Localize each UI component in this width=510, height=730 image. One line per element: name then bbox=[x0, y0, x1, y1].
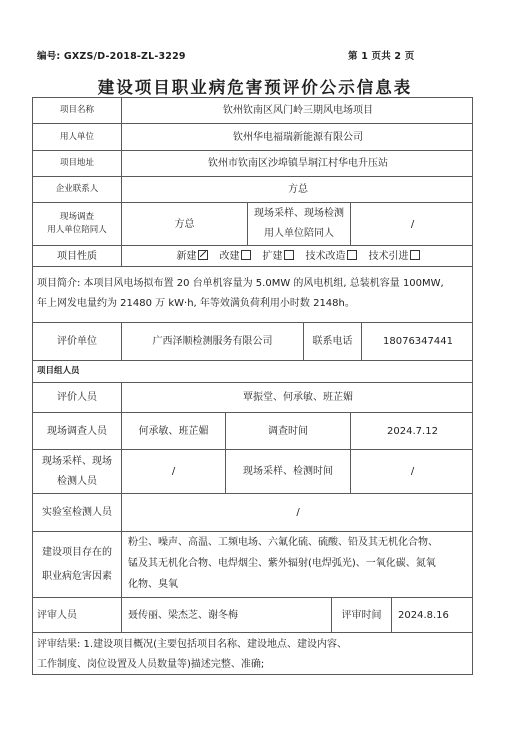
checkbox-icon[interactable] bbox=[410, 250, 420, 260]
label-review-time: 评审时间 bbox=[332, 598, 392, 632]
serial-number: 编号: GXZS/D-2018-ZL-3229 bbox=[37, 48, 186, 62]
row-team-header: 项目组人员 bbox=[33, 361, 472, 383]
row-lab-staff: 实验室检测人员 / bbox=[33, 494, 472, 532]
row-sampling-staff: 现场采样、现场 检测人员 / 现场采样、检测时间 / bbox=[33, 450, 472, 494]
label-employer: 用人单位 bbox=[33, 124, 122, 150]
checkbox-icon[interactable] bbox=[241, 250, 251, 260]
row-contact: 企业联系人 方总 bbox=[33, 177, 472, 203]
value-survey-escort: 方总 bbox=[122, 203, 248, 245]
label-project-name: 项目名称 bbox=[33, 98, 122, 123]
checkbox-icon[interactable] bbox=[284, 250, 294, 260]
value-review-time: 2024.8.16 bbox=[392, 598, 474, 632]
value-lab-staff: / bbox=[122, 494, 474, 531]
label-survey-staff: 现场调查人员 bbox=[33, 413, 122, 449]
label-survey-escort: 现场调查 用人单位陪同人 bbox=[33, 203, 122, 245]
row-address: 项目地址 钦州市钦南区沙埠镇旱垌江村华电升压站 bbox=[33, 151, 472, 177]
nature-options: 新建 改建 扩建 技术改造 技术引进 bbox=[122, 246, 474, 266]
row-employer: 用人单位 钦州华电福瑞新能源有限公司 bbox=[33, 124, 472, 151]
label-reviewers: 评审人员 bbox=[33, 598, 122, 632]
row-reviewers: 评审人员 聂传丽、梁杰芝、谢冬梅 评审时间 2024.8.16 bbox=[33, 598, 472, 633]
checkbox-icon[interactable] bbox=[347, 250, 357, 260]
project-summary: 项目简介: 本项目风电场拟布置 20 台单机容量为 5.0MW 的风电机组, 总… bbox=[33, 267, 472, 314]
team-header: 项目组人员 bbox=[33, 361, 474, 382]
review-result: 评审结果: 1.建设项目概况(主要包括项目名称、建设地点、建设内容、 工作制度、… bbox=[33, 633, 472, 675]
label-sampling-staff: 现场采样、现场 检测人员 bbox=[33, 450, 122, 493]
option-tech-import[interactable]: 技术引进 bbox=[369, 247, 420, 266]
label-evaluators: 评价人员 bbox=[33, 383, 122, 412]
value-evaluators: 覃振堂、何承敏、班芷媚 bbox=[122, 383, 474, 412]
row-survey-staff: 现场调查人员 何承敏、班芷媚 调查时间 2024.7.12 bbox=[33, 413, 472, 450]
label-phone: 联系电话 bbox=[304, 323, 362, 360]
label-sampling-time: 现场采样、检测时间 bbox=[226, 450, 351, 493]
row-survey-escort: 现场调查 用人单位陪同人 方总 现场采样、现场检测 用人单位陪同人 / bbox=[33, 203, 472, 246]
label-evaluator-org: 评价单位 bbox=[33, 323, 122, 360]
row-summary: 项目简介: 本项目风电场拟布置 20 台单机容量为 5.0MW 的风电机组, 总… bbox=[33, 267, 472, 323]
value-hazards: 粉尘、噪声、高温、工频电场、六氟化硫、硫酸、铅及其无机化合物、 锰及其无机化合物… bbox=[122, 532, 474, 597]
info-table: 项目名称 钦州钦南区风门岭三期风电场项目 用人单位 钦州华电福瑞新能源有限公司 … bbox=[32, 97, 473, 675]
option-expand[interactable]: 扩建 bbox=[263, 247, 294, 266]
option-rebuild[interactable]: 改建 bbox=[220, 247, 251, 266]
row-review-result: 评审结果: 1.建设项目概况(主要包括项目名称、建设地点、建设内容、 工作制度、… bbox=[33, 633, 472, 676]
option-new[interactable]: 新建 bbox=[177, 247, 208, 266]
value-survey-staff: 何承敏、班芷媚 bbox=[122, 413, 226, 449]
row-nature: 项目性质 新建 改建 扩建 技术改造 技术引进 bbox=[33, 246, 472, 267]
value-address: 钦州市钦南区沙埠镇旱垌江村华电升压站 bbox=[122, 151, 474, 176]
value-reviewers: 聂传丽、梁杰芝、谢冬梅 bbox=[122, 598, 332, 632]
value-employer: 钦州华电福瑞新能源有限公司 bbox=[122, 124, 474, 150]
value-survey-time: 2024.7.12 bbox=[351, 413, 474, 449]
row-hazards: 建设项目存在的 职业病危害因素 粉尘、噪声、高温、工频电场、六氟化硫、硫酸、铅及… bbox=[33, 532, 472, 598]
label-hazards: 建设项目存在的 职业病危害因素 bbox=[33, 532, 122, 597]
label-nature: 项目性质 bbox=[33, 246, 122, 266]
option-tech-upgrade[interactable]: 技术改造 bbox=[306, 247, 357, 266]
value-evaluator-org: 广西泽顺检测服务有限公司 bbox=[122, 323, 304, 360]
label-survey-time: 调查时间 bbox=[226, 413, 351, 449]
value-sampling-time: / bbox=[351, 450, 474, 493]
page-number: 第 1 页共 2 页 bbox=[348, 48, 414, 62]
value-project-name: 钦州钦南区风门岭三期风电场项目 bbox=[122, 98, 474, 123]
value-sampling-escort: / bbox=[351, 203, 474, 245]
checkbox-checked-icon[interactable] bbox=[198, 250, 208, 260]
label-lab-staff: 实验室检测人员 bbox=[33, 494, 122, 531]
row-evaluator-org: 评价单位 广西泽顺检测服务有限公司 联系电话 18076347441 bbox=[33, 323, 472, 361]
value-sampling-staff: / bbox=[122, 450, 226, 493]
row-evaluators: 评价人员 覃振堂、何承敏、班芷媚 bbox=[33, 383, 472, 413]
value-contact: 方总 bbox=[122, 177, 474, 202]
label-address: 项目地址 bbox=[33, 151, 122, 176]
document-title: 建设项目职业病危害预评价公示信息表 bbox=[0, 74, 510, 98]
value-phone: 18076347441 bbox=[362, 323, 474, 360]
label-contact: 企业联系人 bbox=[33, 177, 122, 202]
row-project-name: 项目名称 钦州钦南区风门岭三期风电场项目 bbox=[33, 98, 472, 124]
label-sampling-escort: 现场采样、现场检测 用人单位陪同人 bbox=[248, 203, 351, 245]
